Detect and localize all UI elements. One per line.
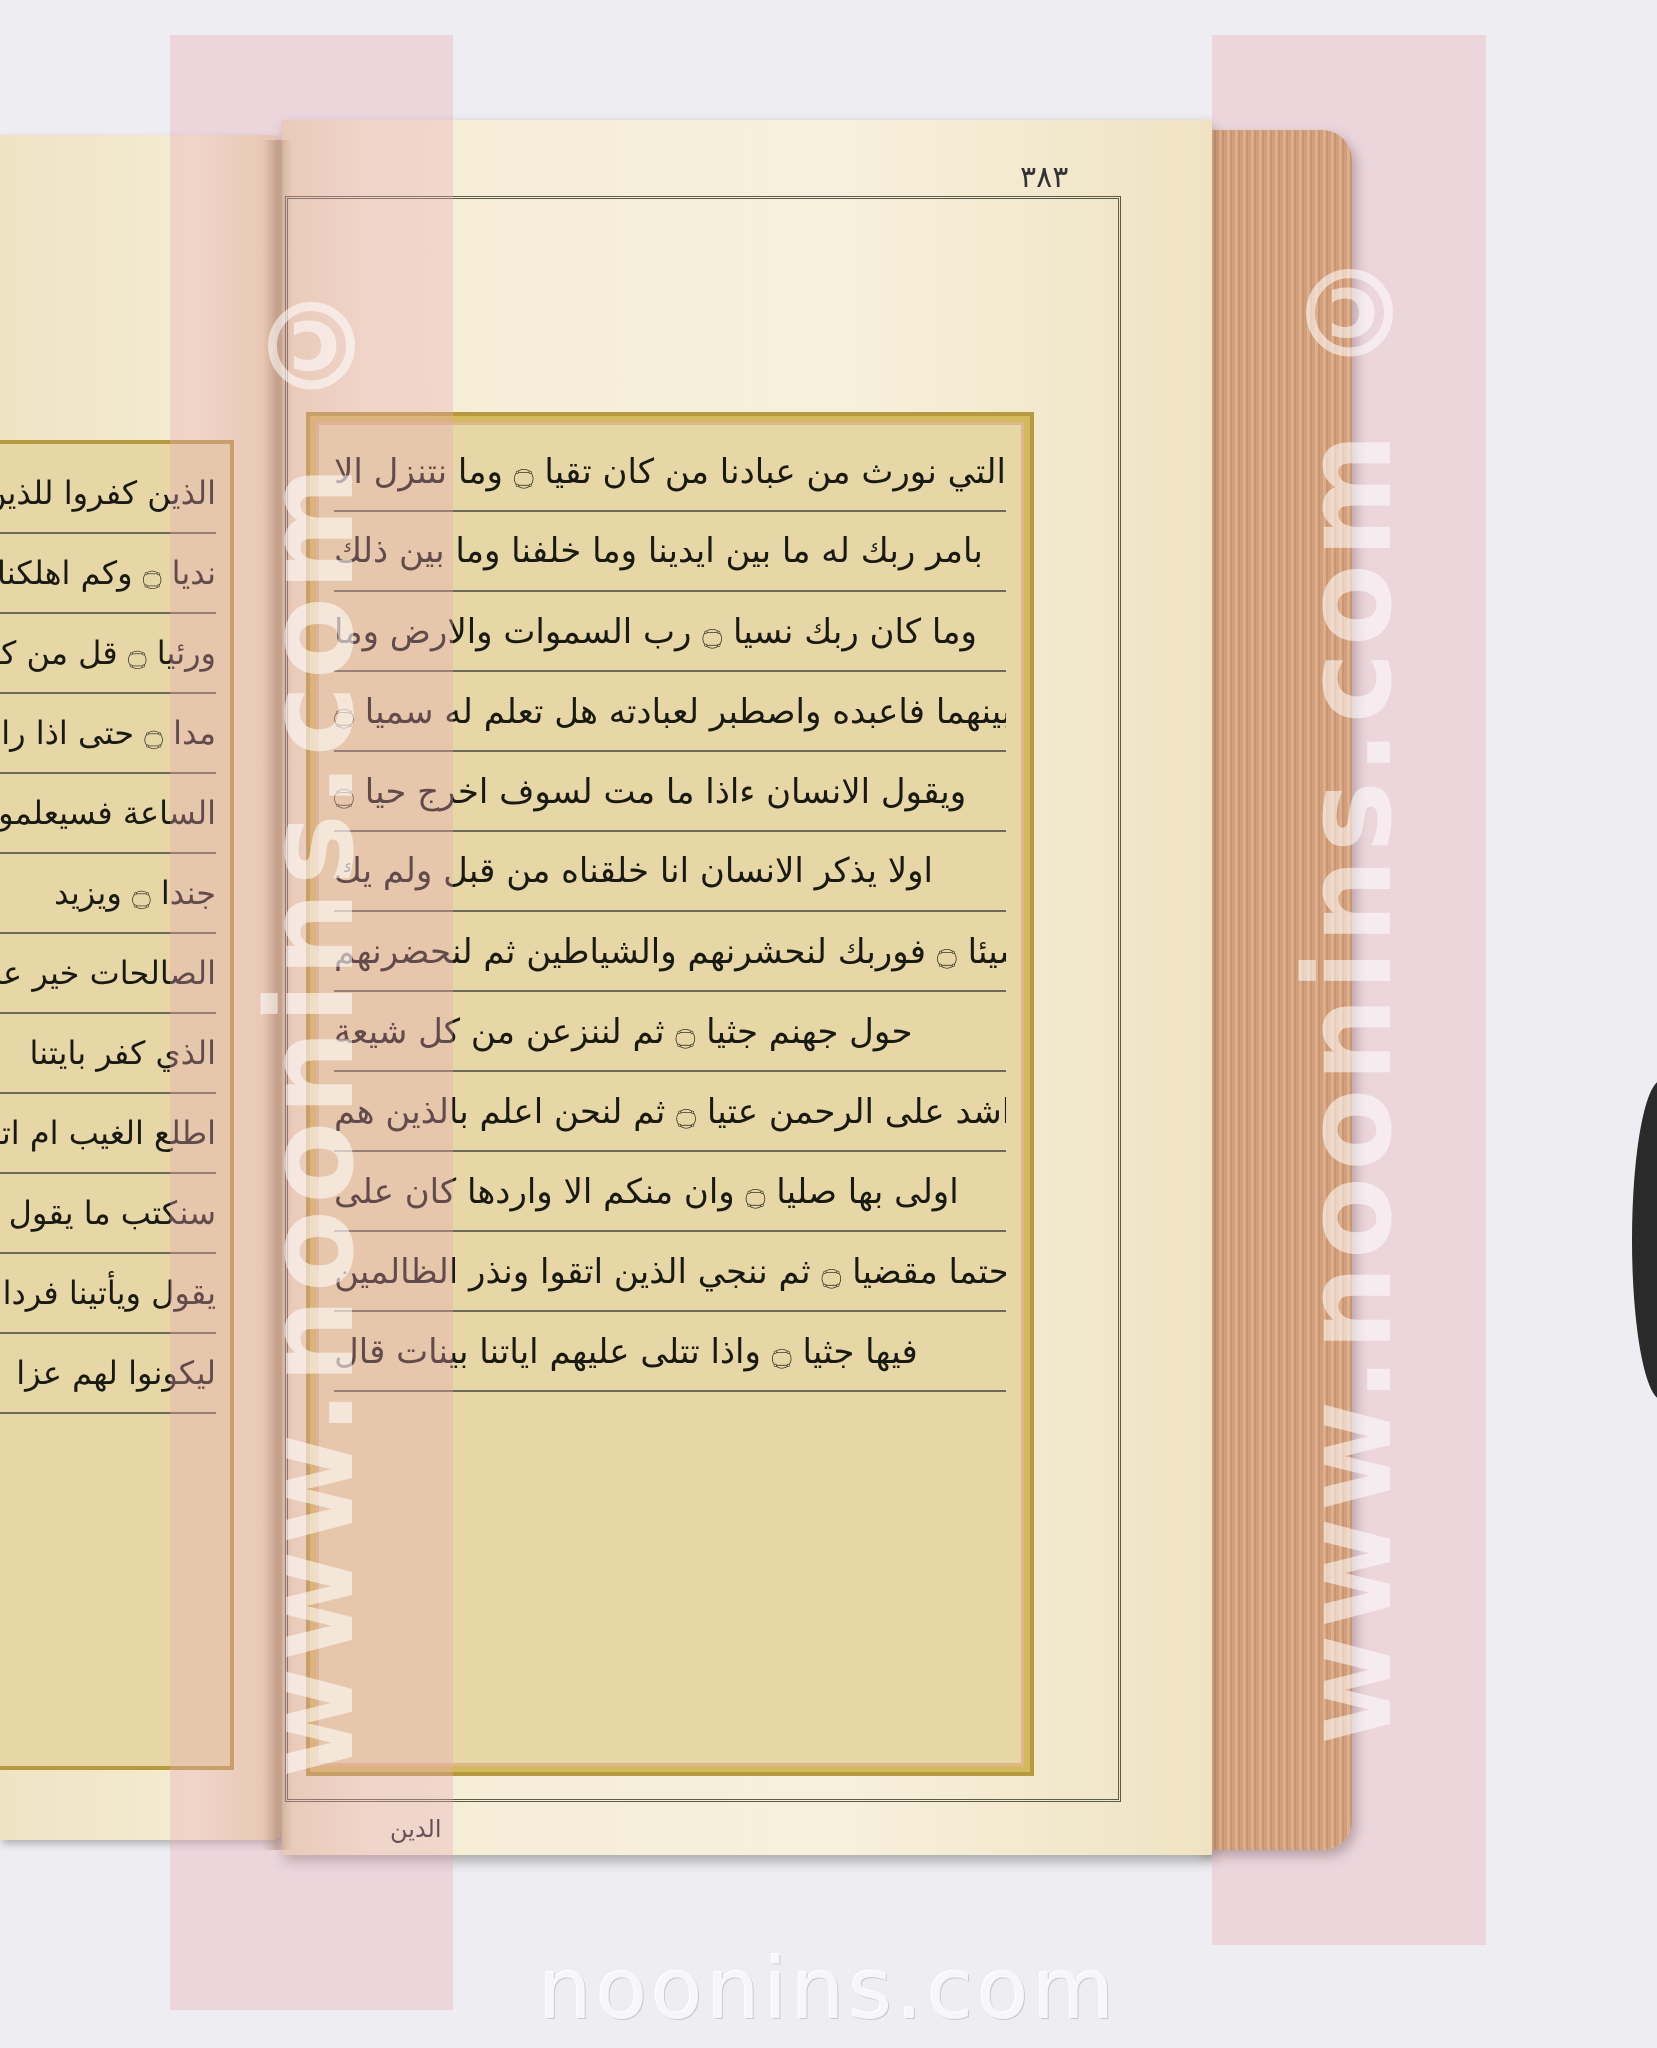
watermark-band-right: www.noonins.com ©	[1212, 35, 1486, 1945]
watermark-text-left: www.noonins.com ©	[242, 267, 381, 1778]
watermark-text-right: www.noonins.com ©	[1280, 234, 1419, 1745]
folio-number: ٣٨٣	[1020, 160, 1068, 195]
bottom-watermark: noonins.com	[0, 1940, 1657, 2038]
watermark-band-left: www.noonins.com ©	[170, 35, 453, 2010]
dark-object-edge	[1632, 1080, 1657, 1400]
